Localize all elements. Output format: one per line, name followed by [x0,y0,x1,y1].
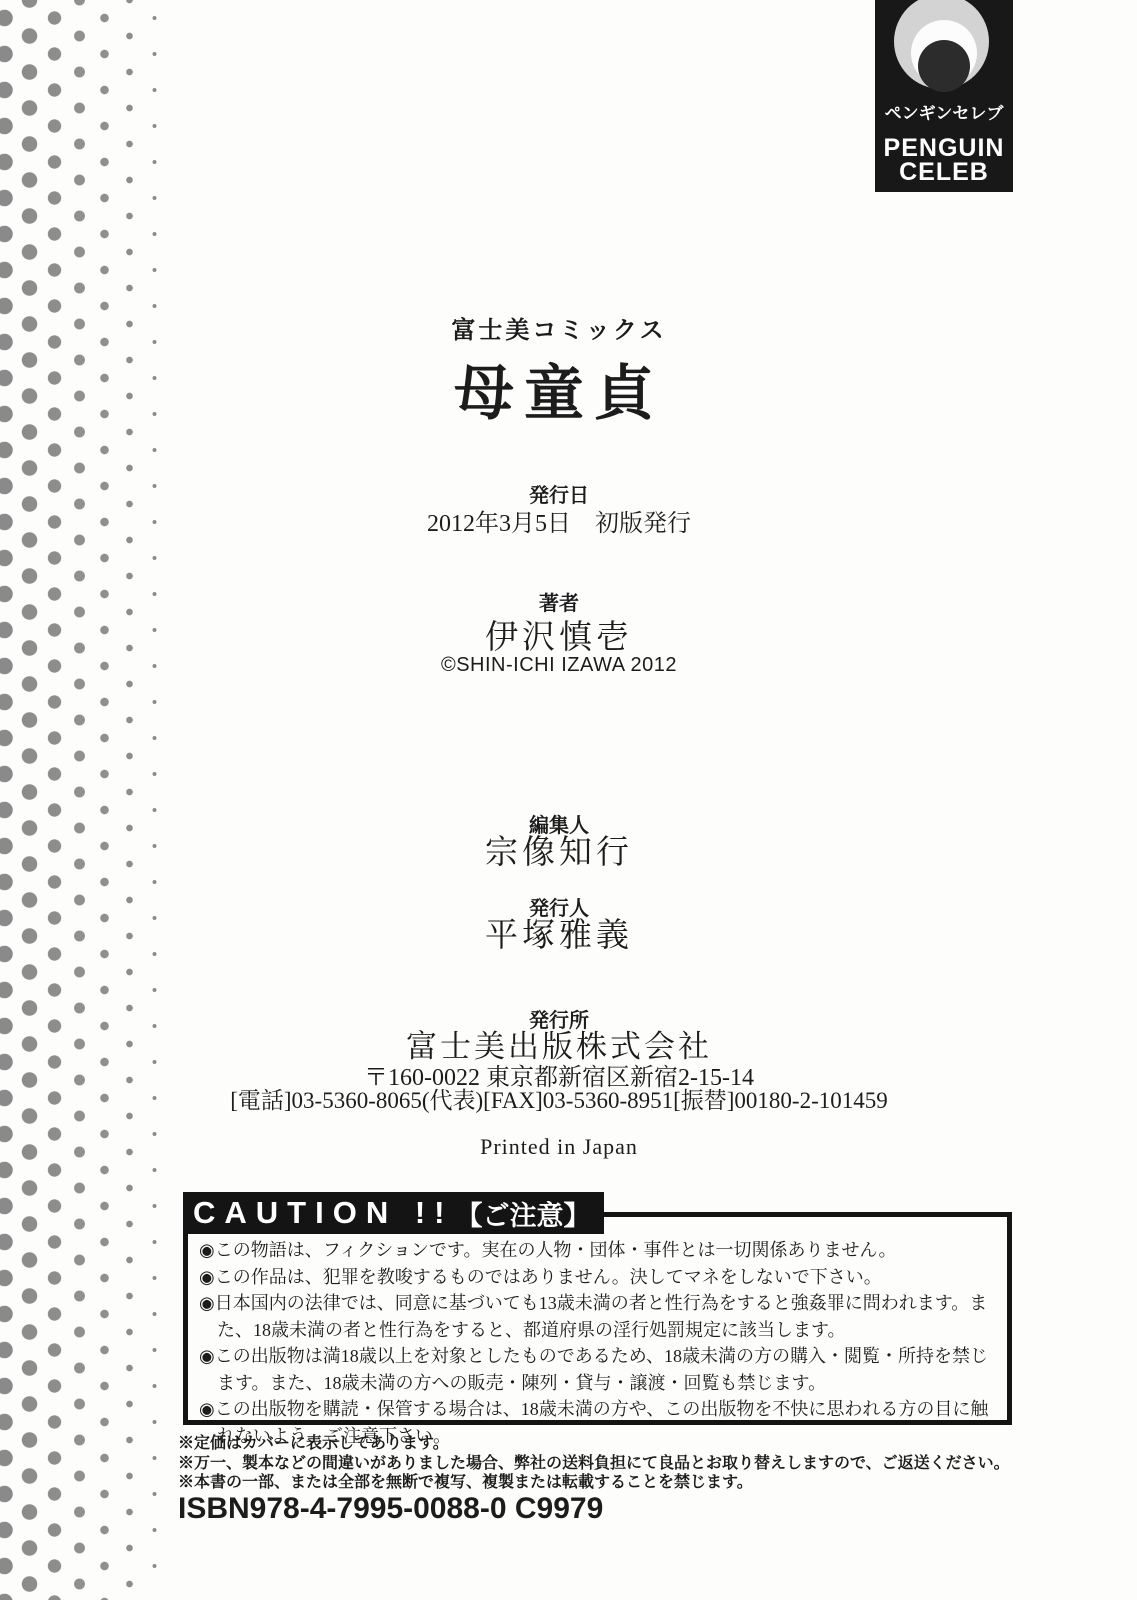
logo-name-line2: CELEB [875,160,1013,185]
isbn-line: ISBN978-4-7995-0088-0 C9979 [178,1492,603,1526]
book-title: 母童貞 [170,346,948,432]
footnotes: ※定価はカバーに表示してあります。 ※万一、製本などの間違いがありました場合、弊… [178,1434,1010,1493]
halftone-dot-pattern [0,0,167,1600]
halftone-strip [142,0,167,1600]
printed-in-line: Printed in Japan [170,1134,948,1160]
halftone-strip [67,0,92,1600]
issue-date: 2012年3月5日 初版発行 [170,503,948,538]
footnote: ※定価はカバーに表示してあります。 [178,1434,1010,1454]
caution-box: CAUTION !! 【ご注意】 ◉この物語は、フィクションです。実在の人物・団… [183,1212,1012,1425]
colophon-page: ペンギンセレブ PENGUIN CELEB 富士美コミックス 母童貞 発行日 2… [0,0,1137,1600]
caution-item: ◉日本国内の法律では、同意に基づいても13歳未満の者と性行為をすると強姦罪に問わ… [199,1290,995,1343]
logo-katakana: ペンギンセレブ [875,99,1013,124]
footnote: ※本書の一部、または全部を無断で複写、複製または転載することを禁じます。 [178,1473,1010,1493]
publisher-contacts: [電話]03-5360-8065(代表)[FAX]03-5360-8951[振替… [170,1082,948,1115]
copyright-line: ©SHIN-ICHI IZAWA 2012 [170,654,948,677]
caution-item: ◉この作品は、犯罪を教唆するものではありません。決してマネをしないで下さい。 [199,1264,995,1291]
publisher-name: 平塚雅義 [170,909,948,956]
halftone-strip [92,0,117,1600]
publisher-logo: ペンギンセレブ PENGUIN CELEB [875,0,1013,192]
imprint-name: 富士美コミックス [170,310,948,345]
author-name: 伊沢慎壱 [170,611,948,658]
halftone-strip [42,0,67,1600]
halftone-strip [0,0,17,1600]
halftone-strip [17,0,42,1600]
caution-item: ◉この出版物は満18歳以上を対象としたものであるため、18歳未満の方の購入・閲覧… [199,1343,995,1396]
penguin-eye-pupil [918,40,970,92]
footnote: ※万一、製本などの間違いがありました場合、弊社の送料負担にて良品とお取り替えしま… [178,1454,1010,1474]
caution-items: ◉この物語は、フィクションです。実在の人物・団体・事件とは一切関係ありません。 … [188,1217,1007,1449]
halftone-strip [117,0,142,1600]
caution-item: ◉この物語は、フィクションです。実在の人物・団体・事件とは一切関係ありません。 [199,1237,995,1264]
editor-name: 宗像知行 [170,826,948,873]
